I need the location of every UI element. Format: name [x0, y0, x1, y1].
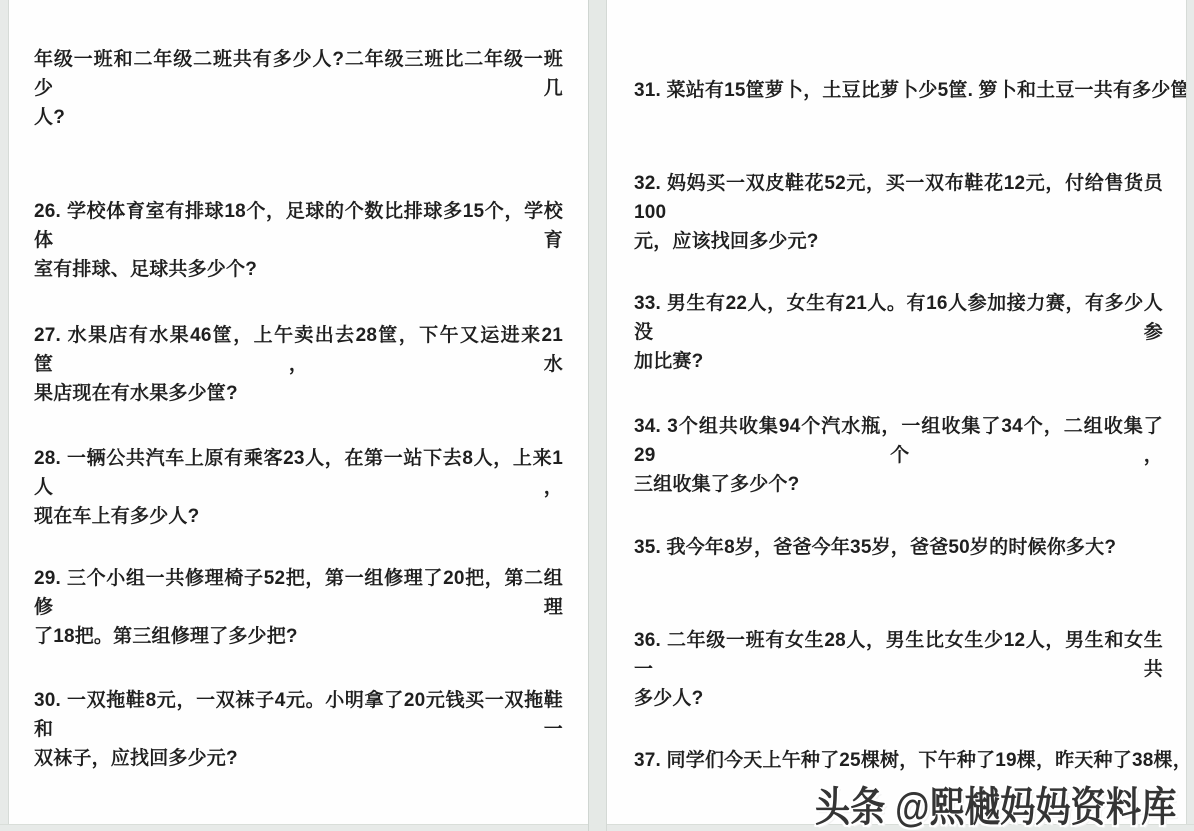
problem-line: 32. 妈妈买一双皮鞋花52元，买一双布鞋花12元，付给售货员100	[634, 169, 1163, 227]
problem-29: 29. 三个小组一共修理椅子52把，第一组修理了20把，第二组修理 了18把。第…	[34, 564, 563, 651]
scan-edge-left	[0, 0, 9, 831]
problem-line: 加比赛?	[634, 347, 1163, 376]
problem-27: 27. 水果店有水果46筐，上午卖出去28筐，下午又运进来21筐，水 果店现在有…	[34, 321, 563, 408]
problem-line: 30. 一双拖鞋8元，一双袜子4元。小明拿了20元钱买一双拖鞋和一	[34, 686, 563, 744]
watermark-toutiao: 头条 @熙樾妈妈资料库	[814, 774, 1176, 831]
document-canvas: 年级一班和二年级二班共有多少人?二年级三班比二年级一班少几 人? 26. 学校体…	[0, 0, 1194, 831]
problem-line: 人?	[34, 103, 563, 132]
page-left: 年级一班和二年级二班共有多少人?二年级三班比二年级一班少几 人? 26. 学校体…	[10, 0, 588, 824]
problem-line: 果店现在有水果多少筐?	[34, 379, 563, 408]
problem-line: 26. 学校体育室有排球18个，足球的个数比排球多15个，学校体育	[34, 197, 563, 255]
problem-intro-overflow: 年级一班和二年级二班共有多少人?二年级三班比二年级一班少几 人?	[34, 45, 563, 132]
problem-28: 28. 一辆公共汽车上原有乘客23人，在第一站下去8人，上来1人， 现在车上有多…	[34, 444, 563, 531]
problem-line: 元，应该找回多少元?	[634, 227, 1163, 256]
problem-line: 室有排球、足球共多少个?	[34, 255, 563, 284]
problem-35: 35. 我今年8岁，爸爸今年35岁，爸爸50岁的时候你多大?	[634, 533, 1163, 562]
problem-line: 多少人?	[634, 684, 1163, 713]
problem-37: 37. 同学们今天上午种了25棵树，下午种了19棵，昨天种了38棵，	[634, 746, 1163, 775]
problem-line: 33. 男生有22人，女生有21人。有16人参加接力赛，有多少人没参	[634, 289, 1163, 347]
problem-line: 29. 三个小组一共修理椅子52把，第一组修理了20把，第二组修理	[34, 564, 563, 622]
page-gutter	[588, 0, 607, 831]
problem-line: 35. 我今年8岁，爸爸今年35岁，爸爸50岁的时候你多大?	[634, 533, 1163, 562]
problem-34: 34. 3个组共收集94个汽水瓶，一组收集了34个，二组收集了29个， 三组收集…	[634, 412, 1163, 499]
problem-31: 31. 菜站有15筐萝卜，土豆比萝卜少5筐. 箩卜和土豆一共有多少筐?	[634, 76, 1163, 105]
problem-line: 现在车上有多少人?	[34, 502, 563, 531]
scan-edge-right	[1186, 0, 1194, 831]
problem-line: 双袜子，应找回多少元?	[34, 744, 563, 773]
problem-30: 30. 一双拖鞋8元，一双袜子4元。小明拿了20元钱买一双拖鞋和一 双袜子，应找…	[34, 686, 563, 773]
problem-line: 36. 二年级一班有女生28人，男生比女生少12人，男生和女生一共	[634, 626, 1163, 684]
problem-line: 34. 3个组共收集94个汽水瓶，一组收集了34个，二组收集了29个，	[634, 412, 1163, 470]
problem-36: 36. 二年级一班有女生28人，男生比女生少12人，男生和女生一共 多少人?	[634, 626, 1163, 713]
problem-line: 27. 水果店有水果46筐，上午卖出去28筐，下午又运进来21筐，水	[34, 321, 563, 379]
problem-line: 37. 同学们今天上午种了25棵树，下午种了19棵，昨天种了38棵，	[634, 746, 1163, 775]
page-right: 31. 菜站有15筐萝卜，土豆比萝卜少5筐. 箩卜和土豆一共有多少筐? 32. …	[608, 0, 1186, 824]
problem-line: 31. 菜站有15筐萝卜，土豆比萝卜少5筐. 箩卜和土豆一共有多少筐?	[634, 76, 1163, 105]
problem-33: 33. 男生有22人，女生有21人。有16人参加接力赛，有多少人没参 加比赛?	[634, 289, 1163, 376]
problem-line: 28. 一辆公共汽车上原有乘客23人，在第一站下去8人，上来1人，	[34, 444, 563, 502]
problem-26: 26. 学校体育室有排球18个，足球的个数比排球多15个，学校体育 室有排球、足…	[34, 197, 563, 284]
problem-32: 32. 妈妈买一双皮鞋花52元，买一双布鞋花12元，付给售货员100 元，应该找…	[634, 169, 1163, 256]
problem-line: 三组收集了多少个?	[634, 470, 1163, 499]
problem-line: 年级一班和二年级二班共有多少人?二年级三班比二年级一班少几	[34, 45, 563, 103]
problem-line: 了18把。第三组修理了多少把?	[34, 622, 563, 651]
